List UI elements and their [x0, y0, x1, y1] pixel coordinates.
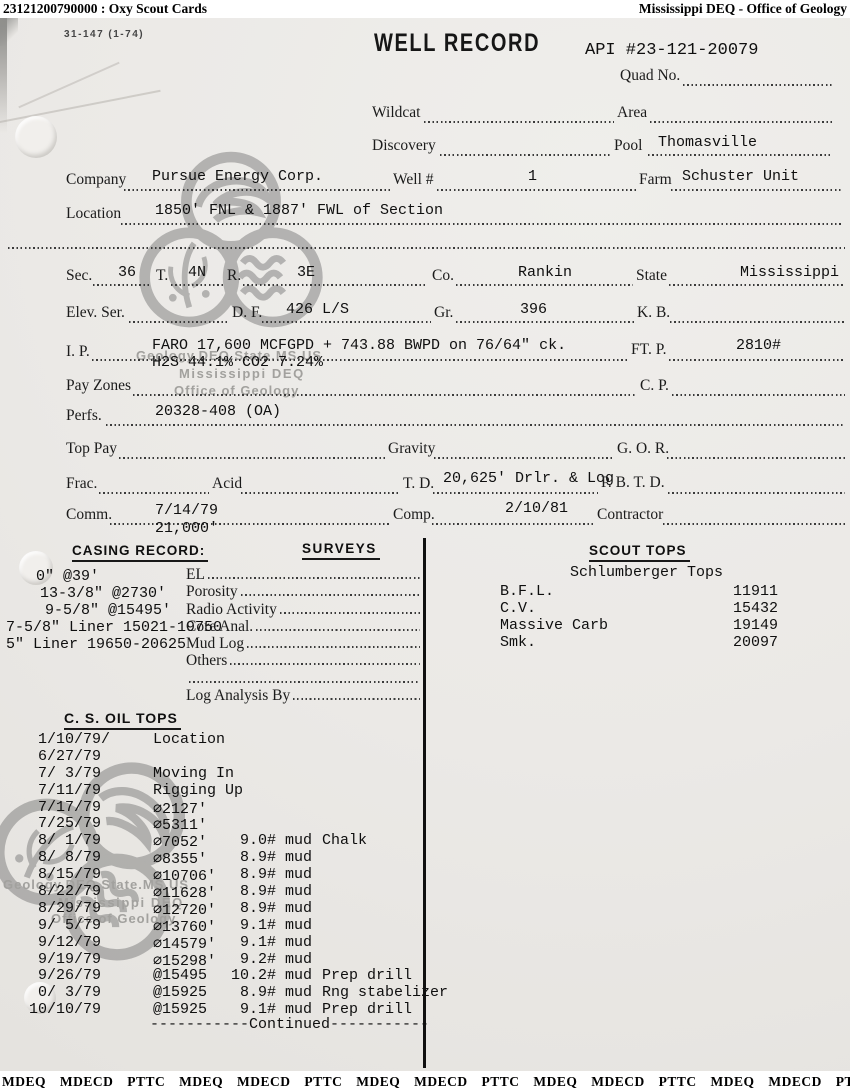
log-mud: 9.1# mud	[226, 934, 312, 951]
dotted-line	[133, 394, 637, 396]
casing-entry: 13-3/8" @2730'	[40, 585, 166, 602]
log-activity: @15925	[153, 984, 207, 1001]
dotted-line	[650, 121, 833, 123]
drilling-log: 1/10/79/Location 6/27/79 7/ 3/79Moving I…	[0, 731, 432, 1018]
label-location: Location	[66, 205, 121, 223]
survey-row: Log Analysis By	[186, 686, 420, 703]
log-date: 10/10/79	[29, 1001, 101, 1018]
label-acid: Acid	[212, 475, 242, 493]
page-title: WELL RECORD	[374, 29, 540, 58]
print-header-bar: 23121200790000 : Oxy Scout Cards Mississ…	[0, 0, 850, 18]
value-td: 20,625' Drlr. & Log	[443, 470, 614, 487]
log-date: 7/17/79	[29, 799, 101, 816]
log-date: 8/29/79	[29, 900, 101, 917]
casing-entry: 0" @39'	[36, 568, 99, 585]
form-number: 31-147 (1-74)	[64, 29, 144, 40]
value-state: Mississippi	[740, 264, 839, 281]
casing-record-heading: CASING RECORD:	[72, 543, 208, 562]
label-perfs: Perfs.	[66, 407, 102, 425]
log-date: 0/ 3/79	[29, 984, 101, 1001]
value-well-number: 1	[528, 168, 537, 185]
log-note: Chalk	[322, 832, 367, 849]
continued-marker: -----------Continued-----------	[150, 1016, 429, 1033]
dotted-line	[8, 247, 845, 249]
scout-top-depth: 20097	[733, 634, 778, 651]
log-date: 7/ 3/79	[29, 765, 101, 782]
dotted-line	[189, 669, 420, 683]
value-ip-line2: H2S 44.1% CO2 7.24%	[152, 354, 323, 371]
value-county: Rankin	[518, 264, 572, 281]
dotted-line	[280, 600, 420, 614]
log-date: 8/22/79	[29, 883, 101, 900]
dotted-line	[668, 492, 845, 494]
log-row: 9/ 5/79∅13760'9.1# mud	[0, 917, 432, 934]
log-mud: 9.2# mud	[226, 951, 312, 968]
casing-entry: 9-5/8" @15495'	[45, 602, 171, 619]
value-gr: 396	[520, 301, 547, 318]
footer-text: MDEQ MDECD PTTC MDEQ MDECD PTTC MDEQ MDE…	[2, 1071, 850, 1092]
dotted-line	[241, 492, 400, 494]
log-note: Rng stabelizer	[322, 984, 448, 1001]
log-row: 9/26/79@1549510.2# mudPrep drill	[0, 967, 432, 984]
survey-row: Radio Activity	[186, 600, 420, 617]
survey-label: Core Anal.	[186, 618, 256, 636]
scout-top-depth: 19149	[733, 617, 778, 634]
value-comp-date: 2/10/81	[505, 500, 568, 517]
log-row: 8/15/79∅10706'8.9# mud	[0, 866, 432, 883]
label-gravity: Gravity	[388, 440, 435, 458]
label-county: Co.	[432, 267, 454, 285]
log-row: 8/29/79∅12720'8.9# mud	[0, 900, 432, 917]
log-row: 7/11/79Rigging Up	[0, 782, 432, 799]
value-company: Pursue Energy Corp.	[152, 168, 323, 185]
log-activity: @15495	[153, 967, 207, 984]
log-row: 6/27/79	[0, 748, 432, 765]
value-perfs: 20328-408 (OA)	[155, 403, 281, 420]
dotted-line	[648, 154, 833, 156]
log-date: 8/ 8/79	[29, 849, 101, 866]
scout-tops-heading: SCOUT TOPS	[589, 543, 690, 562]
scan-artifact	[0, 18, 18, 46]
dotted-line	[262, 321, 431, 323]
label-quad-no: Quad No.	[620, 67, 680, 85]
label-pbtd: P. B. T. D.	[601, 474, 665, 492]
log-date: 6/27/79	[29, 748, 101, 765]
value-pool: Thomasville	[658, 134, 757, 151]
scout-top-name: Massive Carb	[500, 617, 608, 634]
log-mud: 8.9# mud	[226, 984, 312, 1001]
label-kb: K. B.	[637, 304, 670, 322]
log-date: 8/ 1/79	[29, 832, 101, 849]
log-mud: 8.9# mud	[226, 849, 312, 866]
survey-label: Others	[186, 652, 230, 670]
dotted-line	[241, 582, 420, 596]
label-gr: Gr.	[434, 304, 453, 322]
scout-tops-subheading: Schlumberger Tops	[570, 564, 723, 581]
log-row: 8/ 8/79∅8355'8.9# mud	[0, 849, 432, 866]
survey-label: Radio Activity	[186, 601, 280, 619]
scanned-paper: Geology.DEQ.State.MS.US Mississippi DEQ …	[0, 18, 850, 1071]
oil-tops-heading: C. S. OIL TOPS	[64, 710, 181, 730]
value-sec: 36	[118, 264, 136, 281]
log-date: 1/10/79/	[29, 731, 110, 748]
label-contractor: Contractor	[597, 506, 663, 524]
log-date: 9/ 5/79	[29, 917, 101, 934]
label-top-pay: Top Pay	[66, 440, 117, 458]
dotted-line	[671, 189, 843, 191]
survey-row: Mud Log	[186, 634, 420, 651]
value-comm-date: 7/14/79	[155, 502, 218, 519]
log-row: 7/ 3/79Moving In	[0, 765, 432, 782]
log-date: 8/15/79	[29, 866, 101, 883]
label-wildcat: Wildcat	[372, 104, 420, 122]
hole-punch	[15, 116, 57, 158]
label-company: Company	[66, 171, 126, 189]
log-mud: 8.9# mud	[226, 866, 312, 883]
dotted-line	[667, 457, 845, 459]
scout-top-name: B.F.L.	[500, 583, 554, 600]
value-township: 4N	[188, 264, 206, 281]
log-note: Prep drill	[322, 967, 412, 984]
print-footer-bar: MDEQ MDECD PTTC MDEQ MDECD PTTC MDEQ MDE…	[0, 1071, 850, 1092]
label-ftp: FT. P.	[631, 341, 666, 359]
label-discovery: Discovery	[372, 137, 436, 155]
survey-row	[186, 669, 420, 686]
survey-label: Log Analysis By	[186, 687, 293, 705]
value-comm-depth: 21,000'	[155, 520, 218, 537]
log-mud: 10.2# mud	[226, 967, 312, 984]
dotted-line	[129, 321, 229, 323]
label-td: T. D.	[403, 475, 434, 493]
label-df: D. F.	[232, 304, 262, 322]
api-number: API #23-121-20079	[585, 41, 758, 60]
dotted-line	[121, 223, 843, 225]
surveys-heading: SURVEYS	[302, 541, 380, 560]
log-row: 1/10/79/Location	[0, 731, 432, 748]
label-cp: C. P.	[640, 377, 669, 395]
value-farm: Schuster Unit	[682, 168, 799, 185]
dotted-line	[230, 651, 420, 665]
value-ftp: 2810#	[736, 337, 781, 354]
survey-label: EL	[186, 566, 208, 584]
scout-top-depth: 11911	[733, 583, 778, 600]
dotted-line	[456, 284, 633, 286]
log-row: 8/ 1/79∅7052'9.0# mudChalk	[0, 832, 432, 849]
label-range: R.	[227, 267, 241, 285]
log-row: 7/17/79∅2127'	[0, 799, 432, 816]
log-row: 8/22/79∅11628'8.9# mud	[0, 883, 432, 900]
dotted-line	[106, 424, 845, 426]
value-df: 426 L/S	[286, 301, 349, 318]
dotted-line	[670, 321, 845, 323]
dotted-line	[243, 284, 428, 286]
survey-row: Core Anal.	[186, 617, 420, 634]
document-id: 23121200790000 : Oxy Scout Cards	[3, 1, 207, 17]
dotted-line	[124, 189, 390, 191]
dotted-line	[456, 321, 634, 323]
agency-name: Mississippi DEQ - Office of Geology	[639, 1, 847, 17]
survey-label: Mud Log	[186, 635, 247, 653]
dotted-line	[293, 686, 420, 700]
label-sec: Sec.	[66, 267, 92, 285]
label-comm: Comm.	[66, 506, 112, 524]
scout-top-name: Smk.	[500, 634, 536, 651]
label-pool: Pool	[614, 137, 642, 155]
surveys-list: EL Porosity Radio Activity Core Anal. Mu…	[186, 565, 420, 703]
dotted-line	[208, 565, 420, 579]
label-frac: Frac.	[66, 475, 97, 493]
value-ip-line1: FARO 17,600 MCFGPD + 743.88 BWPD on 76/6…	[152, 337, 566, 354]
log-date: 9/12/79	[29, 934, 101, 951]
dotted-line	[432, 523, 594, 525]
log-activity: Location	[153, 731, 225, 748]
dotted-line	[171, 284, 223, 286]
dotted-line	[119, 457, 385, 459]
dotted-line	[669, 284, 845, 286]
log-activity: Rigging Up	[153, 782, 243, 799]
label-elev-ser: Elev. Ser.	[66, 304, 125, 322]
survey-row: Porosity	[186, 582, 420, 599]
log-mud: 9.1# mud	[226, 917, 312, 934]
scout-top-name: C.V.	[500, 600, 536, 617]
dotted-line	[99, 492, 209, 494]
dotted-line	[434, 457, 613, 459]
log-activity: Moving In	[153, 765, 234, 782]
label-well-number: Well #	[393, 171, 434, 189]
log-row: 9/19/79∅15298'9.2# mud	[0, 951, 432, 968]
log-row: 7/25/79∅5311'	[0, 815, 432, 832]
label-ip: I. P.	[66, 343, 90, 361]
label-farm: Farm	[639, 171, 672, 189]
log-mud: 8.9# mud	[226, 900, 312, 917]
scanned-well-record-page: 23121200790000 : Oxy Scout Cards Mississ…	[0, 0, 850, 1092]
value-location: 1850' FNL & 1887' FWL of Section	[155, 202, 443, 219]
log-date: 7/11/79	[29, 782, 101, 799]
label-area: Area	[617, 104, 647, 122]
survey-label: Porosity	[186, 583, 241, 601]
dotted-line	[669, 359, 845, 361]
dotted-line	[247, 634, 420, 648]
log-date: 9/19/79	[29, 951, 101, 968]
log-row: 9/12/79∅14579'9.1# mud	[0, 934, 432, 951]
survey-row: EL	[186, 565, 420, 582]
dotted-line	[433, 492, 598, 494]
label-comp: Comp.	[393, 506, 435, 524]
log-date: 9/26/79	[29, 967, 101, 984]
label-gor: G. O. R.	[617, 440, 669, 458]
label-township: T.	[156, 267, 168, 285]
log-date: 7/25/79	[29, 815, 101, 832]
log-mud: 8.9# mud	[226, 883, 312, 900]
log-row: 0/ 3/79@159258.9# mudRng stabelizer	[0, 984, 432, 1001]
casing-entry: 5" Liner 19650-20625	[6, 636, 186, 653]
dotted-line	[672, 394, 845, 396]
label-state: State	[636, 267, 667, 285]
dotted-line	[440, 154, 612, 156]
dotted-line	[663, 523, 845, 525]
dotted-line	[110, 523, 390, 525]
dotted-line	[437, 189, 636, 191]
dotted-line	[683, 84, 833, 86]
dotted-line	[256, 617, 420, 631]
dotted-line	[424, 121, 614, 123]
survey-row: Others	[186, 651, 420, 668]
label-pay-zones: Pay Zones	[66, 377, 131, 395]
value-range: 3E	[297, 264, 315, 281]
scout-top-depth: 15432	[733, 600, 778, 617]
log-mud: 9.0# mud	[226, 832, 312, 849]
dotted-line	[93, 284, 152, 286]
